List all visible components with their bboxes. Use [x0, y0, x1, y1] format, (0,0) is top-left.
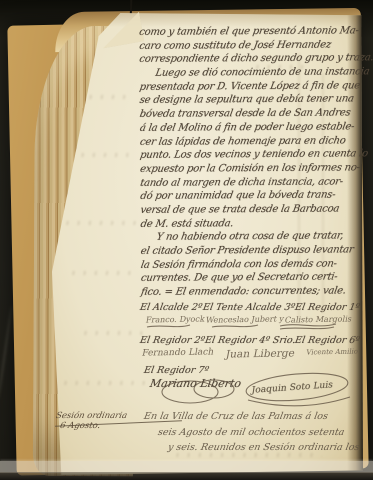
signature: Calisto Margolis: [284, 314, 353, 324]
signature: Juan Liberge: [224, 347, 295, 360]
photo-of-manuscript: como y también el que presentó Antonio M…: [0, 0, 373, 480]
manuscript-line: versal de que se trata desde la Barbacoa: [139, 202, 373, 217]
manuscript-line: y seis. Reunidos en Sesión ordinaria los: [167, 442, 360, 453]
signature: Wenceslao Jubert y: [205, 314, 285, 324]
session-type: Sesión ordinaria: [55, 411, 128, 421]
manuscript-line: fico. = El enmendado: concurrentes; vale…: [140, 284, 373, 299]
signer-title: El Regidor 4º Srio.: [204, 335, 296, 346]
signer-title: El Regidor 1º: [294, 302, 361, 313]
signature-names-row-2: Fernando Llach Juan Liberge Vicente Amil…: [142, 348, 358, 360]
signer-title: El Alcalde 2º: [139, 302, 203, 313]
body-paragraphs: como y también el que presentó Antonio M…: [139, 24, 373, 299]
signature-names-row-1: Franco. Dyock Wenceslao Jubert y Calisto…: [146, 315, 352, 324]
manuscript-line: el citado Señor Presidente dispuso levan…: [139, 243, 373, 258]
signer-title: El Regidor 7º: [143, 365, 210, 376]
manuscript-line: como y también el que presentó Antonio M…: [138, 24, 373, 39]
signature: Vicente Amilio: [305, 348, 359, 361]
signature-titles-row-1: El Alcalde 2º El Tente Alcalde 3º El Reg…: [140, 302, 360, 313]
signature: Mariano Liberto: [149, 377, 242, 390]
signer-title: El Regidor 2º: [139, 335, 206, 346]
manuscript-line: á la del Molino á fin de poder luego est…: [139, 120, 373, 135]
manuscript-line: bóveda transversal desde la de San Andre…: [139, 106, 373, 121]
signer-title: El Regidor 6º: [294, 335, 361, 346]
signature-titles-row-2: El Regidor 2º El Regidor 4º Srio. El Reg…: [140, 335, 360, 346]
glass-reflection: [0, 305, 13, 399]
margin-session-note: Sesión ordinaria 6 Agosto.: [56, 411, 127, 431]
manuscript-line: seis Agosto de mil ochocientos setenta: [157, 427, 345, 438]
manuscript-line: punto. Los dos vecinos y teniendo en cue…: [139, 147, 373, 162]
signer-title: El Tente Alcalde 3º: [202, 302, 296, 313]
signature: Fernando Llach: [141, 347, 215, 360]
bottom-shadow-band: [0, 472, 373, 480]
manuscript-line: expuesto por la Comisión en los informes…: [139, 161, 373, 176]
manuscript-line: Luego se dió conocimiento de una instanc…: [138, 65, 373, 80]
manuscript-line: En la Villa de Cruz de las Palmas á los: [143, 411, 329, 422]
signature: Franco. Dyock: [145, 314, 206, 324]
secretary-signature: Joaquin Soto Luis: [251, 380, 334, 396]
handwritten-content: como y también el que presentó Antonio M…: [52, 13, 363, 475]
